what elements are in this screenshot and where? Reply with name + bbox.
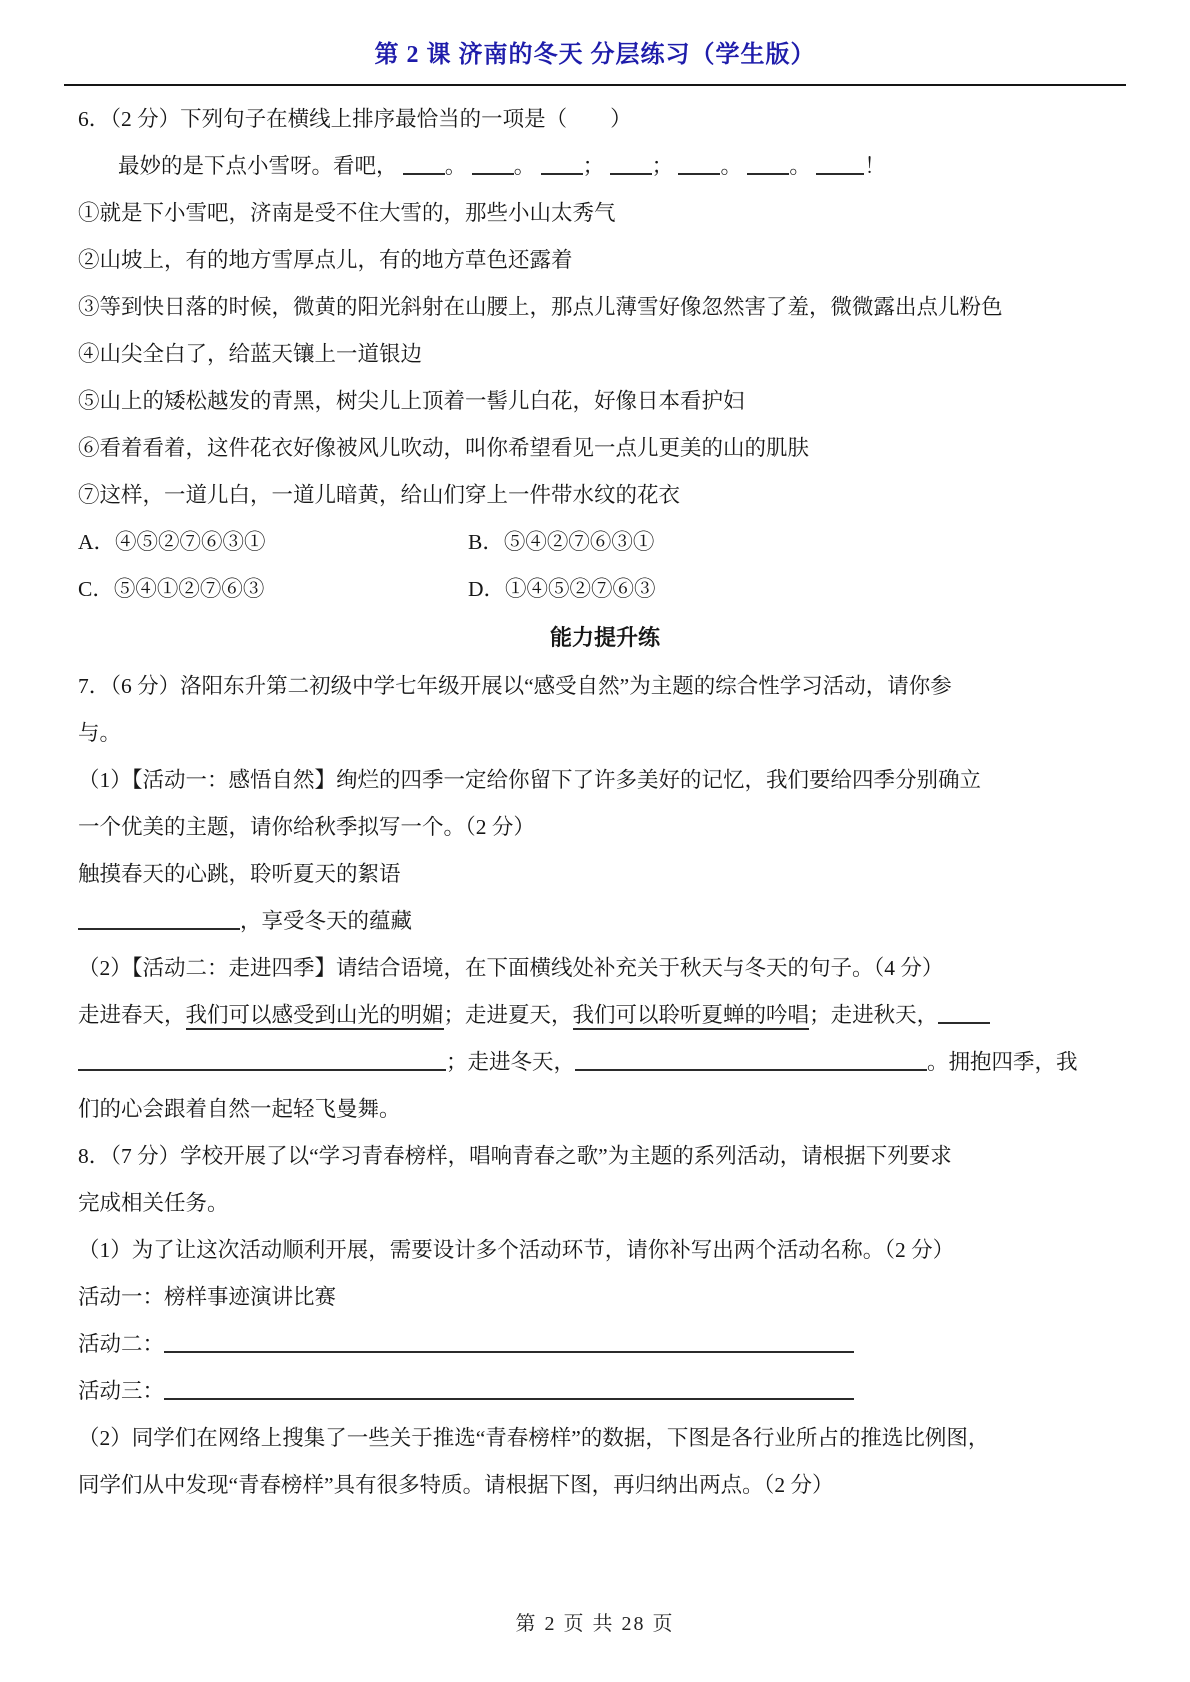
q6-separator-1: 。 — [445, 154, 467, 178]
q7-part1-line4-tail: ，享受冬天的蕴藏 — [240, 909, 412, 933]
q6-sentence-1: ①就是下小雪吧，济南是受不住大雪的，那些小山太秀气 — [78, 190, 1132, 237]
q6-separator-7: ！ — [864, 154, 886, 178]
answer-blank — [403, 149, 445, 175]
q6-options-row-1: A．④⑤②⑦⑥③① B．⑤④②⑦⑥③① — [78, 519, 1132, 566]
q6-separator-4: ； — [652, 154, 674, 178]
q6-separator-2: 。 — [514, 154, 536, 178]
answer-blank — [747, 149, 789, 175]
q8-activity-1: 活动一：榜样事迹演讲比赛 — [78, 1274, 1132, 1321]
answer-blank — [78, 904, 240, 930]
q6-option-b: B．⑤④②⑦⑥③① — [468, 519, 858, 566]
header-divider — [64, 84, 1126, 86]
q6-sentence-4: ④山尖全白了，给蓝天镶上一道银边 — [78, 331, 1132, 378]
q8-activity-3: 活动三： — [78, 1368, 1132, 1415]
q8-part1-line: （1）为了让这次活动顺利开展，需要设计多个活动环节，请你补写出两个活动名称。（2… — [78, 1227, 1132, 1274]
q8-activity-3-label: 活动三： — [78, 1379, 164, 1403]
document-page: 第 2 课 济南的冬天 分层练习（学生版） 6．（2 分）下列句子在横线上排序最… — [0, 0, 1190, 1682]
q7-summer-lead: ；走进夏天， — [444, 1003, 573, 1027]
q7-stem-line1: 7．（6 分）洛阳东升第二初级中学七年级开展以“感受自然”为主题的综合性学习活动… — [78, 663, 1132, 710]
q6-separator-3: ； — [583, 154, 605, 178]
q8-part2-line1: （2）同学们在网络上搜集了一些关于推选“青春榜样”的数据，下图是各行业所占的推选… — [78, 1415, 1132, 1462]
q7-part1-line3: 触摸春天的心跳，聆听夏天的絮语 — [78, 851, 1132, 898]
q6-separator-6: 。 — [789, 154, 811, 178]
q8-activity-2-label: 活动二： — [78, 1332, 164, 1356]
q6-sentence-3: ③等到快日落的时候，微黄的阳光斜射在山腰上，那点儿薄雪好像忽然害了羞，微微露出点… — [78, 284, 1132, 331]
q6-stem: 6．（2 分）下列句子在横线上排序最恰当的一项是（ ） — [78, 96, 1132, 143]
q8-stem-line1: 8．（7 分）学校开展了以“学习青春榜样，唱响青春之歌”为主题的系列活动，请根据… — [78, 1133, 1132, 1180]
q6-sentence-7: ⑦这样，一道儿白，一道儿暗黄，给山们穿上一件带水纹的花衣 — [78, 472, 1132, 519]
answer-blank — [938, 998, 990, 1024]
answer-blank — [164, 1374, 854, 1400]
q7-part2-line3: ；走进冬天，。拥抱四季，我 — [78, 1039, 1132, 1086]
q7-stem-line2: 与。 — [78, 710, 1132, 757]
q7-autumn-lead: ；走进秋天， — [809, 1003, 938, 1027]
q7-part1-line2: 一个优美的主题，请你给秋季拟写一个。（2 分） — [78, 804, 1132, 851]
q6-sentence-5: ⑤山上的矮松越发的青黑，树尖儿上顶着一髻儿白花，好像日本看护妇 — [78, 378, 1132, 425]
q6-sentence-2: ②山坡上，有的地方雪厚点儿，有的地方草色还露着 — [78, 237, 1132, 284]
section-header: 能力提升练 — [78, 613, 1132, 663]
answer-blank — [575, 1045, 927, 1071]
q7-part1-line1: （1）【活动一：感悟自然】绚烂的四季一定给你留下了许多美好的记忆，我们要给四季分… — [78, 757, 1132, 804]
q6-sentence-6: ⑥看着看着，这件花衣好像被风儿吹动，叫你希望看见一点儿更美的山的肌肤 — [78, 425, 1132, 472]
answer-blank — [78, 1045, 446, 1071]
q7-spring-lead: 走进春天， — [78, 1003, 186, 1027]
answer-blank — [472, 149, 514, 175]
answer-blank — [610, 149, 652, 175]
q6-options-row-2: C．⑤④①②⑦⑥③ D．①④⑤②⑦⑥③ — [78, 566, 1132, 613]
q7-spring-underlined: 我们可以感受到山光的明媚 — [186, 1003, 444, 1030]
q7-winter-lead: ；走进冬天， — [446, 1050, 575, 1074]
q7-part2-line2: 走进春天，我们可以感受到山光的明媚；走进夏天，我们可以聆听夏蝉的吟唱；走进秋天， — [78, 992, 1132, 1039]
document-title: 第 2 课 济南的冬天 分层练习（学生版） — [0, 0, 1190, 69]
page-number: 第 2 页 共 28 页 — [0, 1607, 1190, 1636]
q8-activity-2: 活动二： — [78, 1321, 1132, 1368]
q8-part2-line2: 同学们从中发现“青春榜样”具有很多特质。请根据下图，再归纳出两点。（2 分） — [78, 1462, 1132, 1509]
q6-option-c: C．⑤④①②⑦⑥③ — [78, 566, 468, 613]
answer-blank — [678, 149, 720, 175]
q7-part2-line4: 们的心会跟着自然一起轻飞曼舞。 — [78, 1086, 1132, 1133]
answer-blank — [164, 1327, 854, 1353]
q7-part2-line1: （2）【活动二：走进四季】请结合语境，在下面横线处补充关于秋天与冬天的句子。（4… — [78, 945, 1132, 992]
q8-stem-line2: 完成相关任务。 — [78, 1180, 1132, 1227]
q6-reading-line: 最妙的是下点小雪呀。看吧， 。 。 ； ； 。 。 ！ — [78, 143, 1132, 190]
q6-option-a: A．④⑤②⑦⑥③① — [78, 519, 468, 566]
q7-part1-answer-line: ，享受冬天的蕴藏 — [78, 898, 1132, 945]
q6-separator-5: 。 — [720, 154, 742, 178]
q7-summer-underlined: 我们可以聆听夏蝉的吟唱 — [573, 1003, 810, 1030]
document-body: 6．（2 分）下列句子在横线上排序最恰当的一项是（ ） 最妙的是下点小雪呀。看吧… — [78, 96, 1132, 1509]
answer-blank — [816, 149, 864, 175]
q6-option-d: D．①④⑤②⑦⑥③ — [468, 566, 858, 613]
q7-part2-tail: 。拥抱四季，我 — [927, 1050, 1078, 1074]
q6-reading-lead: 最妙的是下点小雪呀。看吧， — [118, 154, 398, 178]
answer-blank — [541, 149, 583, 175]
